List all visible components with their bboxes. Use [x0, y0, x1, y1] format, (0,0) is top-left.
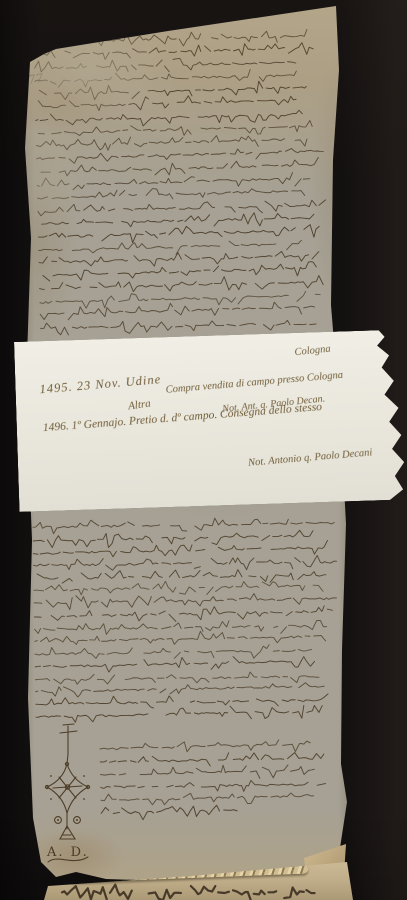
slip-entry2: 1496. 1º Gennajo. Pretio d. dº campo. Co… [42, 401, 322, 434]
notary-initials: A. D. [46, 845, 89, 860]
slip-entry1-date: 1495. 23 Nov. Udine [39, 372, 162, 397]
slip-entry1-desc: Compra vendita di campo presso Cologna [165, 370, 343, 396]
archivist-slip: Cologna 1495. 23 Nov. Udine Compra vendi… [14, 329, 407, 511]
slip-footer-notary: Not. Antonio q. Paolo Decani [248, 447, 373, 468]
photograph-of-parchment-charter: 77 A. D. [0, 0, 407, 900]
slip-heading: Cologna [294, 344, 331, 359]
slip-entry1-note: Altra [127, 397, 151, 412]
